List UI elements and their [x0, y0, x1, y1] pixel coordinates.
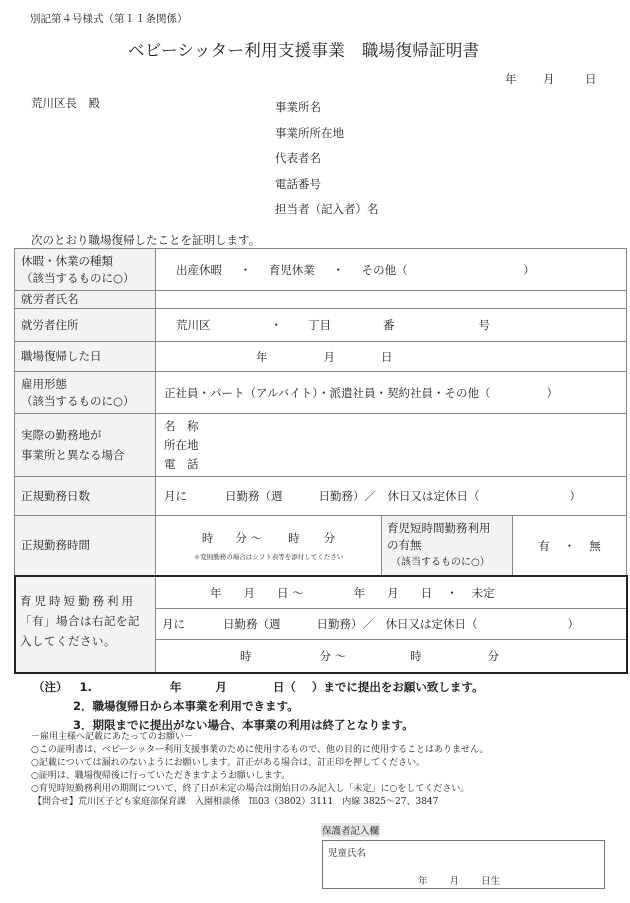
issue-year-field[interactable]: 年	[505, 71, 543, 87]
option-no[interactable]: 無	[589, 539, 601, 553]
leave-type-options[interactable]: 出産休暇 ・ 育児休業 ・ その他（ ）	[156, 249, 627, 291]
workplace-phone-field[interactable]: 電 話	[164, 455, 626, 474]
employer-name-field[interactable]: 事業所名	[275, 99, 379, 125]
workplace-name-field[interactable]: 名 称	[164, 417, 626, 436]
note-2: 2．職場復帰日から本事業を利用できます。	[73, 698, 299, 714]
worker-name-label: 就労者氏名	[15, 291, 156, 309]
shift-note: ＊変則勤務の場合はシフト表等を添付してください	[156, 552, 381, 561]
employer-address-field[interactable]: 事業所所在地	[275, 125, 379, 151]
employer-requests: －雇用主様へ記載にあたってのお願い－ ○この証明書は、ベビーシッター利用支援事業…	[31, 731, 489, 809]
option-childcare-leave[interactable]: 育児休業	[269, 263, 315, 277]
table-row-return-date: 職場復帰した日 年月日	[15, 342, 627, 372]
issue-date: 年月日	[505, 71, 597, 87]
worker-address-label: 就労者住所	[15, 309, 156, 342]
note-1: （注）1.年月日（）までに提出をお願い致します。	[33, 679, 483, 695]
table-row-worker-name: 就労者氏名	[15, 291, 627, 309]
table-row-employment-type: 雇用形態（該当するものに○） 正社員・パート（アルバイト）・派遣社員・契約社員・…	[15, 372, 627, 414]
actual-workplace-label: 実際の勤務地が事業所と異なる場合	[15, 414, 156, 477]
table-row-regular-days: 正規勤務日数 月に日勤務（週日勤務）／ 休日又は定休日（）	[15, 477, 627, 516]
request-item: ○この証明書は、ベビーシッター利用支援事業のために使用するもので、他の目的に使用…	[31, 744, 489, 757]
document-title: ベビーシッター利用支援事業 職場復帰証明書	[128, 37, 479, 61]
request-item: ○育児時短勤務利用の期間について、終了日が未定の場合は開始日のみ記入し「未定」に…	[31, 783, 489, 796]
actual-workplace-fields[interactable]: 名 称 所在地 電 話	[156, 414, 627, 477]
requests-heading: －雇用主様へ記載にあたってのお願い－	[31, 731, 489, 744]
regular-hours-field[interactable]: 時分 〜時分 ＊変則勤務の場合はシフト表等を添付してください	[156, 516, 382, 576]
worker-address-field[interactable]: 荒川区・丁目番号	[156, 309, 627, 342]
employment-type-options[interactable]: 正社員・パート（アルバイト）・派遣社員・契約社員・その他（）	[156, 372, 627, 414]
short-time-days-field[interactable]: 月に日勤務（週日勤務）／ 休日又は定休日（）	[156, 609, 626, 640]
representative-field[interactable]: 代表者名	[275, 150, 379, 176]
issue-day-field[interactable]: 日	[585, 71, 597, 87]
intro-text: 次のとおり職場復帰したことを証明します。	[31, 232, 260, 248]
employer-fields: 事業所名 事業所所在地 代表者名 電話番号 担当者（記入者）名	[275, 99, 379, 227]
table-row-leave-type: 休暇・休業の種類（該当するものに○） 出産休暇 ・ 育児休業 ・ その他（ ）	[15, 249, 627, 291]
table-row-worker-address: 就労者住所 荒川区・丁目番号	[15, 309, 627, 342]
worker-name-field[interactable]	[156, 291, 627, 309]
regular-days-field[interactable]: 月に日勤務（週日勤務）／ 休日又は定休日（）	[156, 477, 627, 516]
short-time-period-field[interactable]: 年月日 〜年月日・未定	[156, 577, 626, 609]
guardian-section-label: 保護者記入欄	[321, 823, 380, 837]
employment-type-label: 雇用形態（該当するものに○）	[15, 372, 156, 414]
child-birthdate-field[interactable]: 年月日生	[418, 873, 500, 887]
regular-days-label: 正規勤務日数	[15, 477, 156, 516]
option-yes[interactable]: 有	[538, 539, 550, 553]
option-undecided[interactable]: 未定	[472, 586, 495, 600]
workplace-address-field[interactable]: 所在地	[164, 436, 626, 455]
table-row-actual-workplace: 実際の勤務地が事業所と異なる場合 名 称 所在地 電 話	[15, 414, 627, 477]
regular-hours-label: 正規勤務時間	[15, 516, 156, 576]
child-name-field[interactable]: 児童氏名	[328, 845, 366, 859]
short-time-work-label: 育児時短勤務利用 「有」場合は右記を記 入してください。	[16, 577, 156, 672]
short-time-usage-label: 育児短時間勤務利用 の有無 （該当するものに○）	[382, 516, 513, 576]
addressee: 荒川区長 殿	[31, 95, 100, 111]
request-item: ○証明は、職場復帰後に行っていただきますようお願いします。	[31, 770, 489, 783]
issue-month-field[interactable]: 月	[543, 71, 585, 87]
return-date-label: 職場復帰した日	[15, 342, 156, 372]
phone-field[interactable]: 電話番号	[275, 176, 379, 202]
short-time-usage-options[interactable]: 有・無	[513, 516, 627, 576]
option-maternity-leave[interactable]: 出産休暇	[176, 263, 222, 277]
return-date-field[interactable]: 年月日	[156, 342, 627, 372]
short-time-work-section: 育児時短勤務利用 「有」場合は右記を記 入してください。 年月日 〜年月日・未定…	[14, 575, 628, 674]
option-other[interactable]: その他（	[362, 263, 408, 277]
leave-type-label: 休暇・休業の種類（該当するものに○）	[15, 249, 156, 291]
certificate-table: 休暇・休業の種類（該当するものに○） 出産休暇 ・ 育児休業 ・ その他（ ） …	[14, 248, 627, 576]
form-number: 別記第４号様式（第１１条関係）	[30, 11, 188, 26]
contact-info: 【問合せ】荒川区子ども家庭部保育課 入園相談係 ℡03（3802）3111 内線…	[31, 796, 489, 809]
person-in-charge-field[interactable]: 担当者（記入者）名	[275, 201, 379, 227]
table-row-regular-hours: 正規勤務時間 時分 〜時分 ＊変則勤務の場合はシフト表等を添付してください 育児…	[15, 516, 627, 576]
request-item: ○記載については漏れのないようにお願いします。訂正がある場合は、訂正印を押してく…	[31, 757, 489, 770]
short-time-hours-field[interactable]: 時分 〜時分	[156, 640, 626, 672]
guardian-section: 児童氏名 年月日生	[322, 840, 605, 889]
